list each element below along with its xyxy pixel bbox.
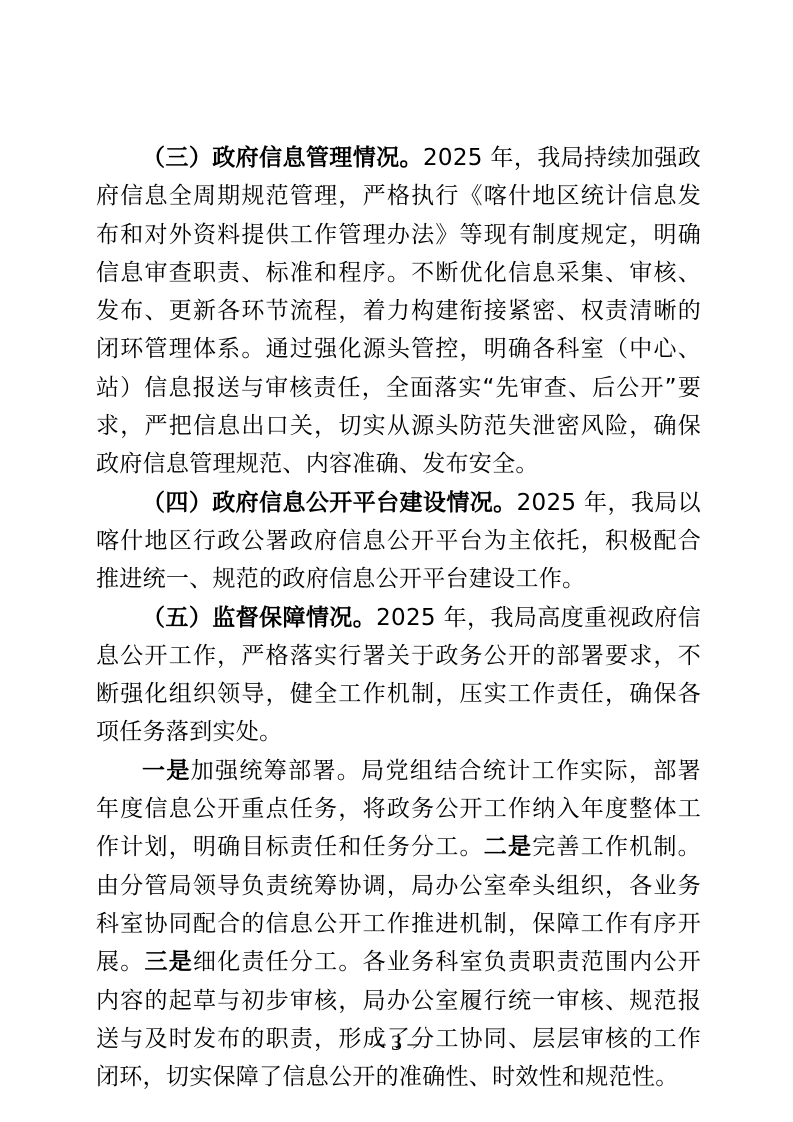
section-5-heading: （五）监督保障情况。 xyxy=(142,605,376,631)
page-number: – 3 – xyxy=(0,1030,793,1056)
section-3-heading: （三）政府信息管理情况。 xyxy=(142,145,423,171)
document-body: （三）政府信息管理情况。2025 年，我局持续加强政府信息全周期规范管理，严格执… xyxy=(96,139,701,1096)
measure-2-lead-in: 二是 xyxy=(484,834,532,860)
measure-3-lead-in: 三是 xyxy=(144,949,192,975)
paragraph-section-5: （五）监督保障情况。2025 年，我局高度重视政府信息公开工作，严格落实行署关于… xyxy=(96,599,701,752)
paragraph-section-4: （四）政府信息公开平台建设情况。2025 年，我局以喀什地区行政公署政府信息公开… xyxy=(96,484,701,599)
paragraph-section-3: （三）政府信息管理情况。2025 年，我局持续加强政府信息全周期规范管理，严格执… xyxy=(96,139,701,484)
section-3-body-text: 2025 年，我局持续加强政府信息全周期规范管理，严格执行《喀什地区统计信息发布… xyxy=(96,145,701,477)
measure-1-lead-in: 一是 xyxy=(142,758,191,784)
section-4-heading: （四）政府信息公开平台建设情况。 xyxy=(142,490,517,516)
document-page: （三）政府信息管理情况。2025 年，我局持续加强政府信息全周期规范管理，严格执… xyxy=(0,0,793,1122)
